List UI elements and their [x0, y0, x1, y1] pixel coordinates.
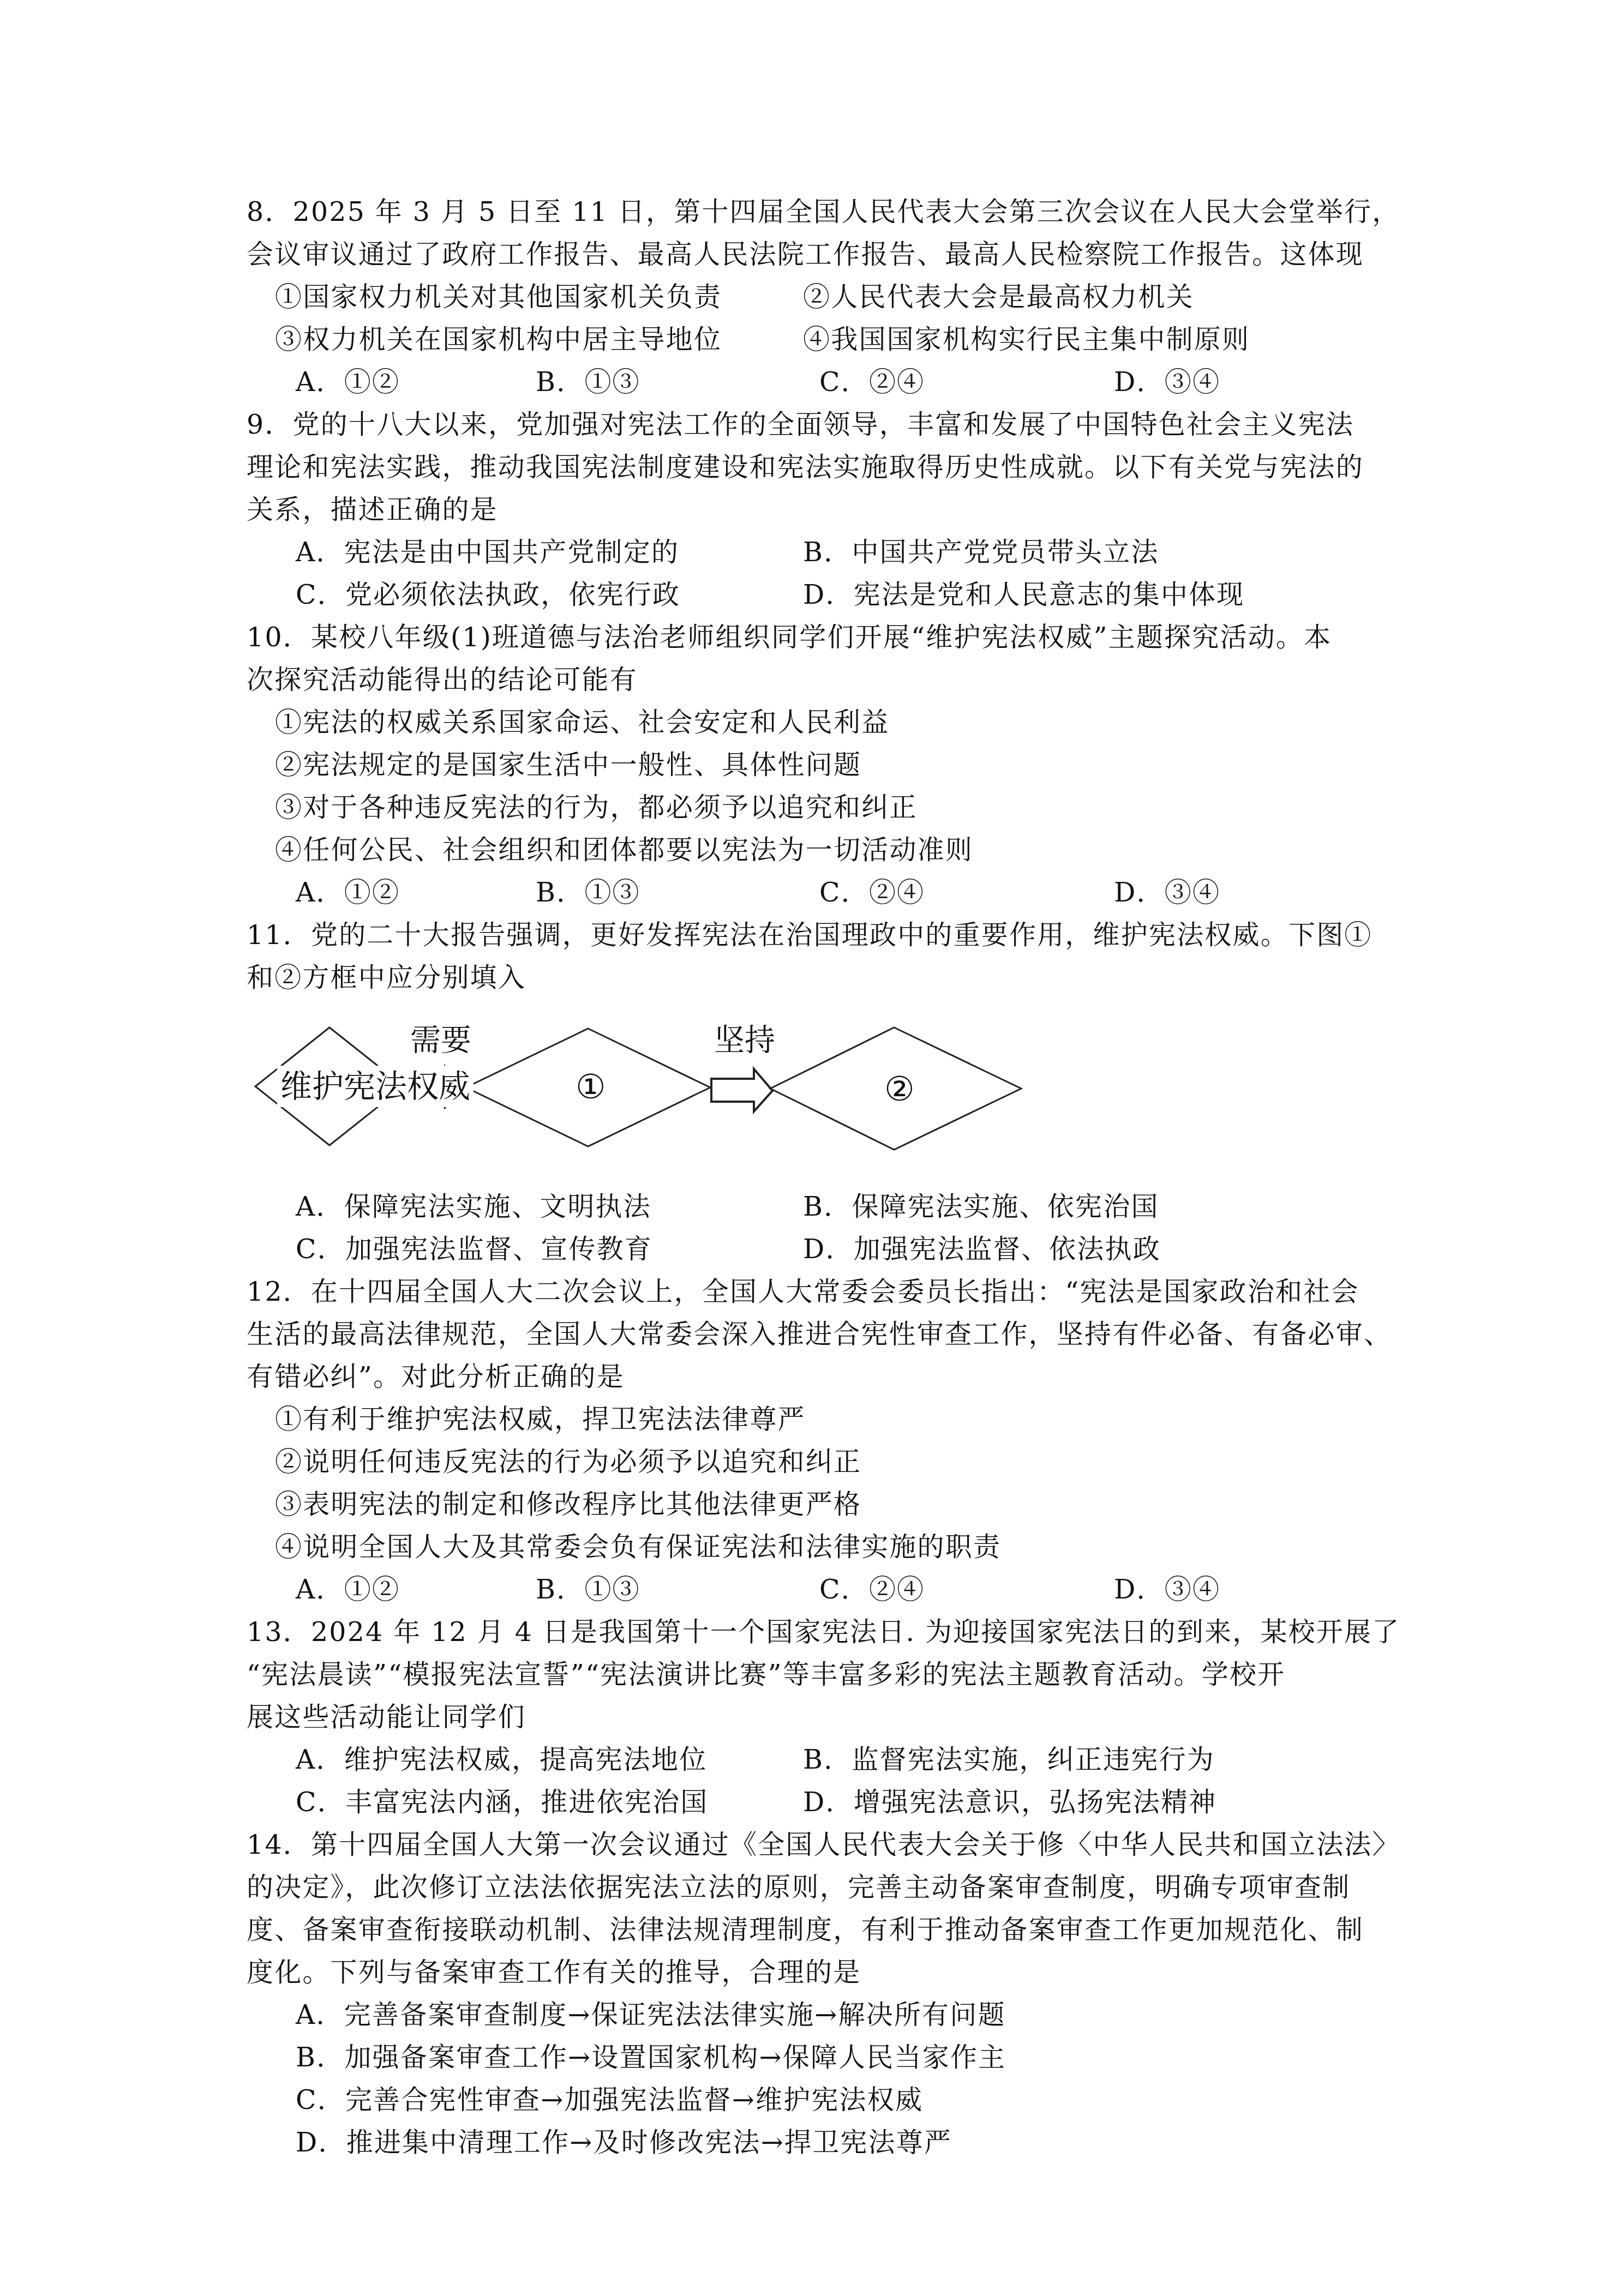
option-c[interactable]: C．②④ — [819, 361, 1114, 404]
option-a[interactable]: A．①② — [296, 1568, 536, 1611]
option-a[interactable]: A．保障宪法实施、文明执法 — [296, 1186, 803, 1228]
question-8: 8．2025 年 3 月 5 日至 11 日，第十四届全国人民代表大会第三次会议… — [247, 191, 1398, 404]
question-9: 9．党的十八大以来，党加强对宪法工作的全面领导，丰富和发展了中国特色社会主义宪法… — [247, 404, 1398, 616]
question-11-stem-line-2: 和②方框中应分别填入 — [247, 957, 1398, 999]
statement-4: ④说明全国人大及其常委会负有保证宪法和法律实施的职责 — [247, 1526, 1398, 1568]
statement-3: ③表明宪法的制定和修改程序比其他法律更严格 — [247, 1483, 1398, 1526]
statement-3: ③对于各种违反宪法的行为，都必须予以追究和纠正 — [247, 786, 1398, 829]
option-d[interactable]: D．加强宪法监督、依法执政 — [803, 1228, 1310, 1271]
option-d[interactable]: D．③④ — [1114, 871, 1398, 914]
option-b[interactable]: B．①③ — [536, 1568, 819, 1611]
option-d[interactable]: D．③④ — [1114, 1568, 1398, 1611]
question-14-stem-line-2: 的决定》，此次修订立法法依据宪法立法的原则，完善主动备案审查制度，明确专项审查制 — [247, 1866, 1398, 1909]
question-10: 10．某校八年级(1)班道德与法治老师组织同学们开展“维护宪法权威”主题探究活动… — [247, 616, 1398, 914]
option-c[interactable]: C．丰富宪法内涵，推进依宪治国 — [296, 1781, 803, 1824]
option-b[interactable]: B．加强备案审查工作→设置国家机构→保障人民当家作主 — [247, 2036, 1398, 2079]
question-8-stem-line-2: 会议审议通过了政府工作报告、最高人民法院工作报告、最高人民检察院工作报告。这体现 — [247, 233, 1398, 276]
question-13-options-row-2: C．丰富宪法内涵，推进依宪治国 D．增强宪法意识，弘扬宪法精神 — [247, 1781, 1398, 1824]
option-d[interactable]: D．增强宪法意识，弘扬宪法精神 — [803, 1781, 1310, 1824]
question-14-stem-line-1: 14．第十四届全国人大第一次会议通过《全国人民代表大会关于修〈中华人民共和国立法… — [247, 1824, 1398, 1866]
diagram-slot-2: ② — [884, 1072, 915, 1106]
question-14-stem-line-3: 度、备案审查衔接联动机制、法律法规清理制度，有利于推动备案审查工作更加规范化、制 — [247, 1909, 1398, 1951]
exam-page: 8．2025 年 3 月 5 日至 11 日，第十四届全国人民代表大会第三次会议… — [247, 191, 1398, 2164]
option-c[interactable]: C．党必须依法执政，依宪行政 — [296, 574, 803, 616]
question-8-options: A．①② B．①③ C．②④ D．③④ — [247, 361, 1398, 404]
question-11-options-row-2: C．加强宪法监督、宣传教育 D．加强宪法监督、依法执政 — [247, 1228, 1398, 1271]
option-b[interactable]: B．保障宪法实施、依宪治国 — [803, 1186, 1310, 1228]
option-a[interactable]: A．①② — [296, 361, 536, 404]
question-12-stem-line-3: 有错必纠”。对此分析正确的是 — [247, 1356, 1398, 1398]
question-10-stem-line-2: 次探究活动能得出的结论可能有 — [247, 659, 1398, 701]
option-c[interactable]: C．②④ — [819, 1568, 1114, 1611]
question-13: 13．2024 年 12 月 4 日是我国第十一个国家宪法日. 为迎接国家宪法日… — [247, 1611, 1398, 1824]
diagram-slot-1: ① — [576, 1070, 606, 1104]
question-14-stem-line-4: 度化。下列与备案审查工作有关的推导，合理的是 — [247, 1951, 1398, 1994]
statement-2: ②人民代表大会是最高权力机关 — [803, 276, 1310, 318]
question-13-stem-line-1: 13．2024 年 12 月 4 日是我国第十一个国家宪法日. 为迎接国家宪法日… — [247, 1611, 1398, 1654]
statement-1: ①有利于维护宪法权威，捍卫宪法法律尊严 — [247, 1398, 1398, 1441]
question-12: 12．在十四届全国人大二次会议上，全国人大常委会委员长指出：“宪法是国家政治和社… — [247, 1271, 1398, 1611]
statement-2: ②宪法规定的是国家生活中一般性、具体性问题 — [247, 744, 1398, 786]
question-11-stem-line-1: 11．党的二十大报告强调，更好发挥宪法在治国理政中的重要作用，维护宪法权威。下图… — [247, 914, 1398, 957]
arrow-2-shape — [711, 1069, 772, 1111]
option-a[interactable]: A．宪法是由中国共产党制定的 — [296, 531, 803, 574]
diagram-arrow-2-label: 坚持 — [714, 1025, 775, 1056]
question-9-stem-line-1: 9．党的十八大以来，党加强对宪法工作的全面领导，丰富和发展了中国特色社会主义宪法 — [247, 404, 1398, 446]
statement-1: ①国家权力机关对其他国家机关负责 — [275, 276, 803, 318]
option-b[interactable]: B．中国共产党党员带头立法 — [803, 531, 1310, 574]
question-10-stem-line-1: 10．某校八年级(1)班道德与法治老师组织同学们开展“维护宪法权威”主题探究活动… — [247, 616, 1398, 659]
option-c[interactable]: C．②④ — [819, 871, 1114, 914]
question-9-stem-line-3: 关系，描述正确的是 — [247, 489, 1398, 531]
question-8-statements-row-1: ①国家权力机关对其他国家机关负责 ②人民代表大会是最高权力机关 — [247, 276, 1398, 318]
option-c[interactable]: C．完善合宪性审查→加强宪法监督→维护宪法权威 — [247, 2079, 1398, 2121]
question-9-stem-line-2: 理论和宪法实践，推动我国宪法制度建设和宪法实施取得历史性成就。以下有关党与宪法的 — [247, 446, 1398, 489]
option-d[interactable]: D．③④ — [1114, 361, 1398, 404]
statement-1: ①宪法的权威关系国家命运、社会安定和人民利益 — [247, 701, 1398, 744]
question-12-options: A．①② B．①③ C．②④ D．③④ — [247, 1568, 1398, 1611]
question-13-stem-line-2: “宪法晨读”“模报宪法宣誓”“宪法演讲比赛”等丰富多彩的宪法主题教育活动。学校开 — [247, 1654, 1398, 1696]
question-11: 11．党的二十大报告强调，更好发挥宪法在治国理政中的重要作用，维护宪法权威。下图… — [247, 914, 1398, 1271]
question-14: 14．第十四届全国人大第一次会议通过《全国人民代表大会关于修〈中华人民共和国立法… — [247, 1824, 1398, 2164]
option-b[interactable]: B．①③ — [536, 871, 819, 914]
statement-4: ④任何公民、社会组织和团体都要以宪法为一切活动准则 — [247, 829, 1398, 871]
option-d[interactable]: D．推进集中清理工作→及时修改宪法→捍卫宪法尊严 — [247, 2121, 1398, 2164]
question-9-options-row-1: A．宪法是由中国共产党制定的 B．中国共产党党员带头立法 — [247, 531, 1398, 574]
question-10-options: A．①② B．①③ C．②④ D．③④ — [247, 871, 1398, 914]
flow-diagram: 维护宪法权威 需要 ① 坚持 ② — [247, 1006, 1398, 1186]
statement-4: ④我国国家机构实行民主集中制原则 — [803, 318, 1310, 361]
option-a[interactable]: A．维护宪法权威，提高宪法地位 — [296, 1739, 803, 1781]
question-8-statements-row-2: ③权力机关在国家机构中居主导地位 ④我国国家机构实行民主集中制原则 — [247, 318, 1398, 361]
question-11-options-row-1: A．保障宪法实施、文明执法 B．保障宪法实施、依宪治国 — [247, 1186, 1398, 1228]
option-b[interactable]: B．①③ — [536, 361, 819, 404]
option-b[interactable]: B．监督宪法实施，纠正违宪行为 — [803, 1739, 1310, 1781]
question-12-stem-line-2: 生活的最高法律规范，全国人大常委会深入推进合宪性审查工作，坚持有件必备、有备必审… — [247, 1313, 1398, 1356]
question-12-stem-line-1: 12．在十四届全国人大二次会议上，全国人大常委会委员长指出：“宪法是国家政治和社… — [247, 1271, 1398, 1313]
diagram-arrow-1-label: 需要 — [410, 1025, 471, 1056]
question-9-options-row-2: C．党必须依法执政，依宪行政 D．宪法是党和人民意志的集中体现 — [247, 574, 1398, 616]
statement-2: ②说明任何违反宪法的行为必须予以追究和纠正 — [247, 1441, 1398, 1483]
option-d[interactable]: D．宪法是党和人民意志的集中体现 — [803, 574, 1310, 616]
question-8-stem-line-1: 8．2025 年 3 月 5 日至 11 日，第十四届全国人民代表大会第三次会议… — [247, 191, 1398, 233]
question-13-stem-line-3: 展这些活动能让同学们 — [247, 1696, 1398, 1739]
option-a[interactable]: A．①② — [296, 871, 536, 914]
diagram-start-label: 维护宪法权威 — [277, 1066, 474, 1107]
option-a[interactable]: A．完善备案审查制度→保证宪法法律实施→解决所有问题 — [247, 1994, 1398, 2036]
option-c[interactable]: C．加强宪法监督、宣传教育 — [296, 1228, 803, 1271]
question-13-options-row-1: A．维护宪法权威，提高宪法地位 B．监督宪法实施，纠正违宪行为 — [247, 1739, 1398, 1781]
statement-3: ③权力机关在国家机构中居主导地位 — [275, 318, 803, 361]
